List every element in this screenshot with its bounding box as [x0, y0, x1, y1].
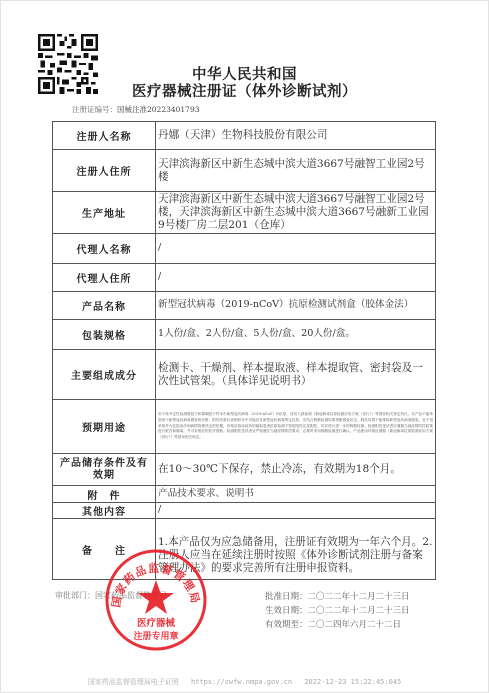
row-label: 包装规格 [53, 320, 156, 350]
row-label: 预期用途 [53, 400, 156, 454]
registration-number: 注册证编号：国械注准20223401793 [72, 104, 200, 115]
footer-timestamp: 2022-12-23 15:22:45:045 [304, 678, 401, 686]
table-row: 预期用途 用于体外定性检测鼻拭子和鼻咽拭子样本中新型冠状病毒（2019-nCoV… [53, 400, 436, 454]
row-value: 产品技术要求、说明书 [156, 486, 436, 503]
row-value: 新型冠状病毒（2019-nCoV）抗原检测试剂盒（胶体金法） [156, 292, 436, 320]
row-label: 代理人住所 [53, 264, 156, 292]
seal-center-line2: 注册专用章 [133, 630, 178, 642]
approve-date-label: 批准日期： [265, 592, 308, 602]
approval-department-label: 审批部门： [55, 591, 95, 600]
table-row: 代理人住所 / [53, 264, 436, 292]
seal-center-line1: 医疗器械 [137, 617, 176, 629]
table-row: 附 件 产品技术要求、说明书 [53, 486, 436, 503]
registration-number-value: 国械注准20223401793 [117, 105, 200, 114]
table-row: 其他内容 / [53, 503, 436, 519]
row-value: 天津滨海新区中新生态城中滨大道3667号融智工业园2号楼 [156, 150, 436, 192]
table-row: 注册人名称 丹娜（天津）生物科技股份有限公司 [53, 122, 436, 150]
approve-date: 批准日期：二〇二二年十二月二十三日 [265, 590, 410, 604]
row-label: 附 件 [53, 486, 156, 503]
row-label: 主要组成成分 [53, 350, 156, 400]
table-row: 产品名称 新型冠状病毒（2019-nCoV）抗原检测试剂盒（胶体金法） [53, 292, 436, 320]
table-row: 生产地址 天津滨海新区中新生态城中滨大道3667号融智工业园2号楼，天津滨海新区… [53, 192, 436, 234]
table-row: 注册人住所 天津滨海新区中新生态城中滨大道3667号融智工业园2号楼 [53, 150, 436, 192]
row-label: 注册人住所 [53, 150, 156, 192]
row-value: 在10～30℃下保存，禁止冷冻，有效期为18个月。 [156, 454, 436, 486]
registration-number-label: 注册证编号： [72, 105, 117, 114]
effective-date-label: 生效日期： [265, 606, 308, 616]
certificate-table: 注册人名称 丹娜（天津）生物科技股份有限公司 注册人住所 天津滨海新区中新生态城… [52, 121, 436, 580]
footer-url[interactable]: https://zwfw.nmpa.gov.cn [191, 678, 292, 686]
row-label: 产品名称 [53, 292, 156, 320]
table-row: 主要组成成分 检测卡、干燥剂、样本提取液、样本提取管、密封袋及一次性试管架。（具… [53, 350, 436, 400]
footer: 国家药品监督管理局电子证照 https://zwfw.nmpa.gov.cn 2… [0, 677, 489, 687]
expiry-date: 有效期至：二〇二四年六月二十二日 [265, 618, 410, 632]
row-label: 生产地址 [53, 192, 156, 234]
row-label: 其他内容 [53, 503, 156, 519]
official-seal-icon: 国家药品监督管理局 医疗器械 注册专用章 [104, 548, 208, 652]
approval-dates: 批准日期：二〇二二年十二月二十三日 生效日期：二〇二二年十二月二十三日 有效期至… [265, 590, 410, 632]
table-row: 包装规格 1人份/盒、2人份/盒、5人份/盒、20人份/盒。 [53, 320, 436, 350]
row-value: 天津滨海新区中新生态城中滨大道3667号融智工业园2号楼，天津滨海新区中新生态城… [156, 192, 436, 234]
row-label: 代理人名称 [53, 234, 156, 264]
row-value: 检测卡、干燥剂、样本提取液、样本提取管、密封袋及一次性试管架。（具体详见说明书） [156, 350, 436, 400]
row-value: / [156, 503, 436, 519]
approve-date-value: 二〇二二年十二月二十三日 [308, 592, 410, 602]
footer-issuer: 国家药品监督管理局电子证照 [88, 678, 179, 686]
row-value: 用于体外定性检测鼻拭子和鼻咽拭子样本中新型冠状病毒（2019-nCoV）N抗原，… [156, 400, 436, 454]
document-title: 医疗器械注册证（体外诊断试剂） [0, 80, 489, 101]
table-row: 产品储存条件及有效期 在10～30℃下保存，禁止冷冻，有效期为18个月。 [53, 454, 436, 486]
row-value: 丹娜（天津）生物科技股份有限公司 [156, 122, 436, 150]
row-value: / [156, 234, 436, 264]
effective-date: 生效日期：二〇二二年十二月二十三日 [265, 604, 410, 618]
row-label: 产品储存条件及有效期 [53, 454, 156, 486]
row-value: / [156, 264, 436, 292]
expiry-date-value: 二〇二四年六月二十二日 [308, 620, 402, 630]
effective-date-value: 二〇二二年十二月二十三日 [308, 606, 410, 616]
table-row: 代理人名称 / [53, 234, 436, 264]
expiry-date-label: 有效期至： [265, 620, 308, 630]
row-label: 注册人名称 [53, 122, 156, 150]
row-value: 1人份/盒、2人份/盒、5人份/盒、20人份/盒。 [156, 320, 436, 350]
